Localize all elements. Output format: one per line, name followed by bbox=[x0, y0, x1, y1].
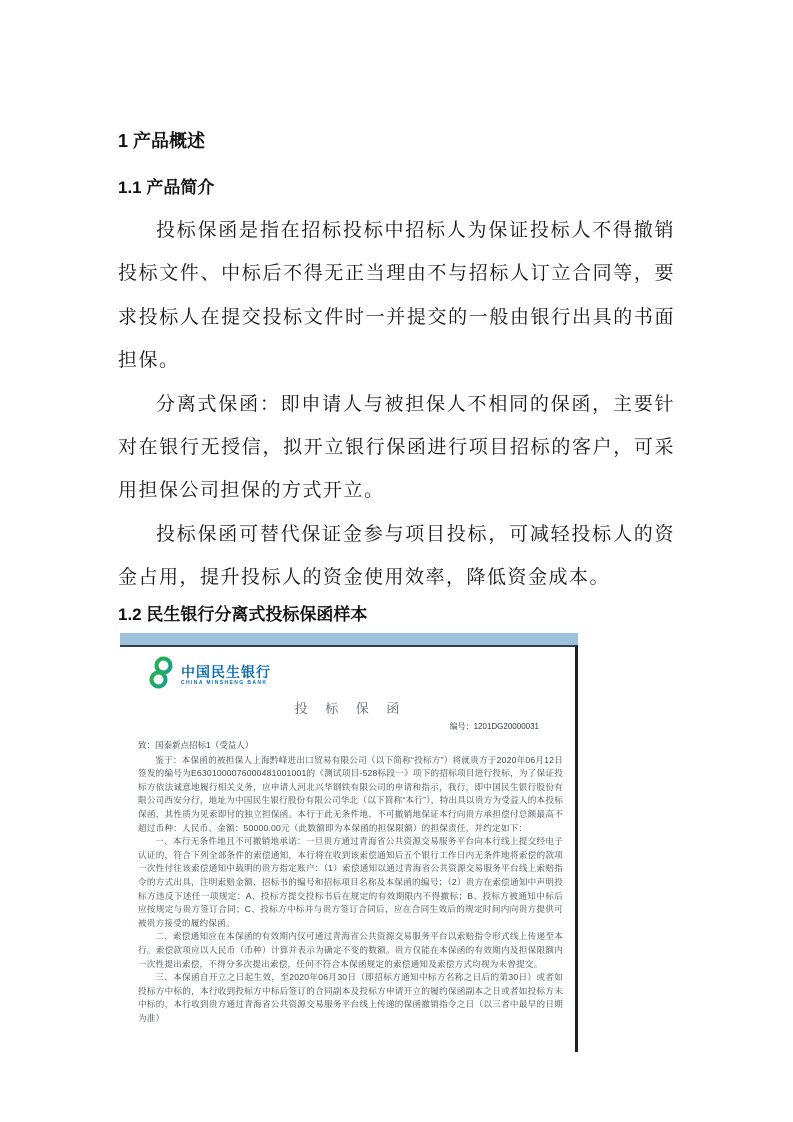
guarantee-letter: 中国民生银行 CHINA MINSHENG BANK 投 标 保 函 编号：12… bbox=[120, 645, 578, 1052]
guarantee-recipient: 致：国泰新点招标1（受益人） bbox=[138, 739, 563, 751]
section-heading-1-2: 1.2 民生银行分离式投标保函样本 bbox=[118, 604, 675, 626]
guarantee-title: 投 标 保 函 bbox=[138, 698, 563, 717]
bank-logo: 中国民生银行 CHINA MINSHENG BANK bbox=[146, 655, 563, 696]
document-page: 1 产品概述 1.1 产品简介 投标保函是指在招标投标中招标人为保证投标人不得撤… bbox=[0, 130, 793, 1052]
intro-paragraph-1: 投标保函是指在招标投标中招标人为保证投标人不得撤销投标文件、中标后不得无正当理由… bbox=[118, 209, 675, 383]
guarantee-paragraph-3: 二、索偿通知应在本保函的有效期内仅可通过青海省公共资源交易服务平台以索赔指令形式… bbox=[138, 930, 563, 971]
section-heading-1-1: 1.1 产品简介 bbox=[118, 177, 675, 199]
guarantee-paragraph-4: 三、本保函自开立之日起生效，至2020年06月30日（即招标方通知中标方名称之日… bbox=[138, 971, 563, 1025]
minsheng-bank-logo-icon bbox=[146, 655, 176, 696]
intro-paragraph-2: 分离式保函：即申请人与被担保人不相同的保函，主要针对在银行无授信，拟开立银行保函… bbox=[118, 383, 675, 513]
guarantee-sample-image: 中国民生银行 CHINA MINSHENG BANK 投 标 保 函 编号：12… bbox=[120, 633, 578, 1052]
section-heading-1: 1 产品概述 bbox=[118, 130, 675, 152]
bank-name-cn: 中国民生银行 bbox=[181, 665, 271, 679]
intro-paragraph-3: 投标保函可替代保证金参与项目投标，可减轻投标人的资金占用，提升投标人的资金使用效… bbox=[118, 513, 675, 600]
guarantee-number: 编号：1201DG20000031 bbox=[138, 721, 563, 732]
sample-image-top-bar bbox=[120, 633, 578, 645]
bank-name-en: CHINA MINSHENG BANK bbox=[181, 681, 271, 686]
guarantee-paragraph-1: 鉴于：本保函的被担保人上海黔峰进出口贸易有限公司（以下简称“投标方”）将就贵方于… bbox=[138, 754, 563, 836]
guarantee-paragraph-2: 一、本行无条件地且不可撤销地承诺：一旦贵方通过青海省公共资源交易服务平台向本行线… bbox=[138, 835, 563, 930]
